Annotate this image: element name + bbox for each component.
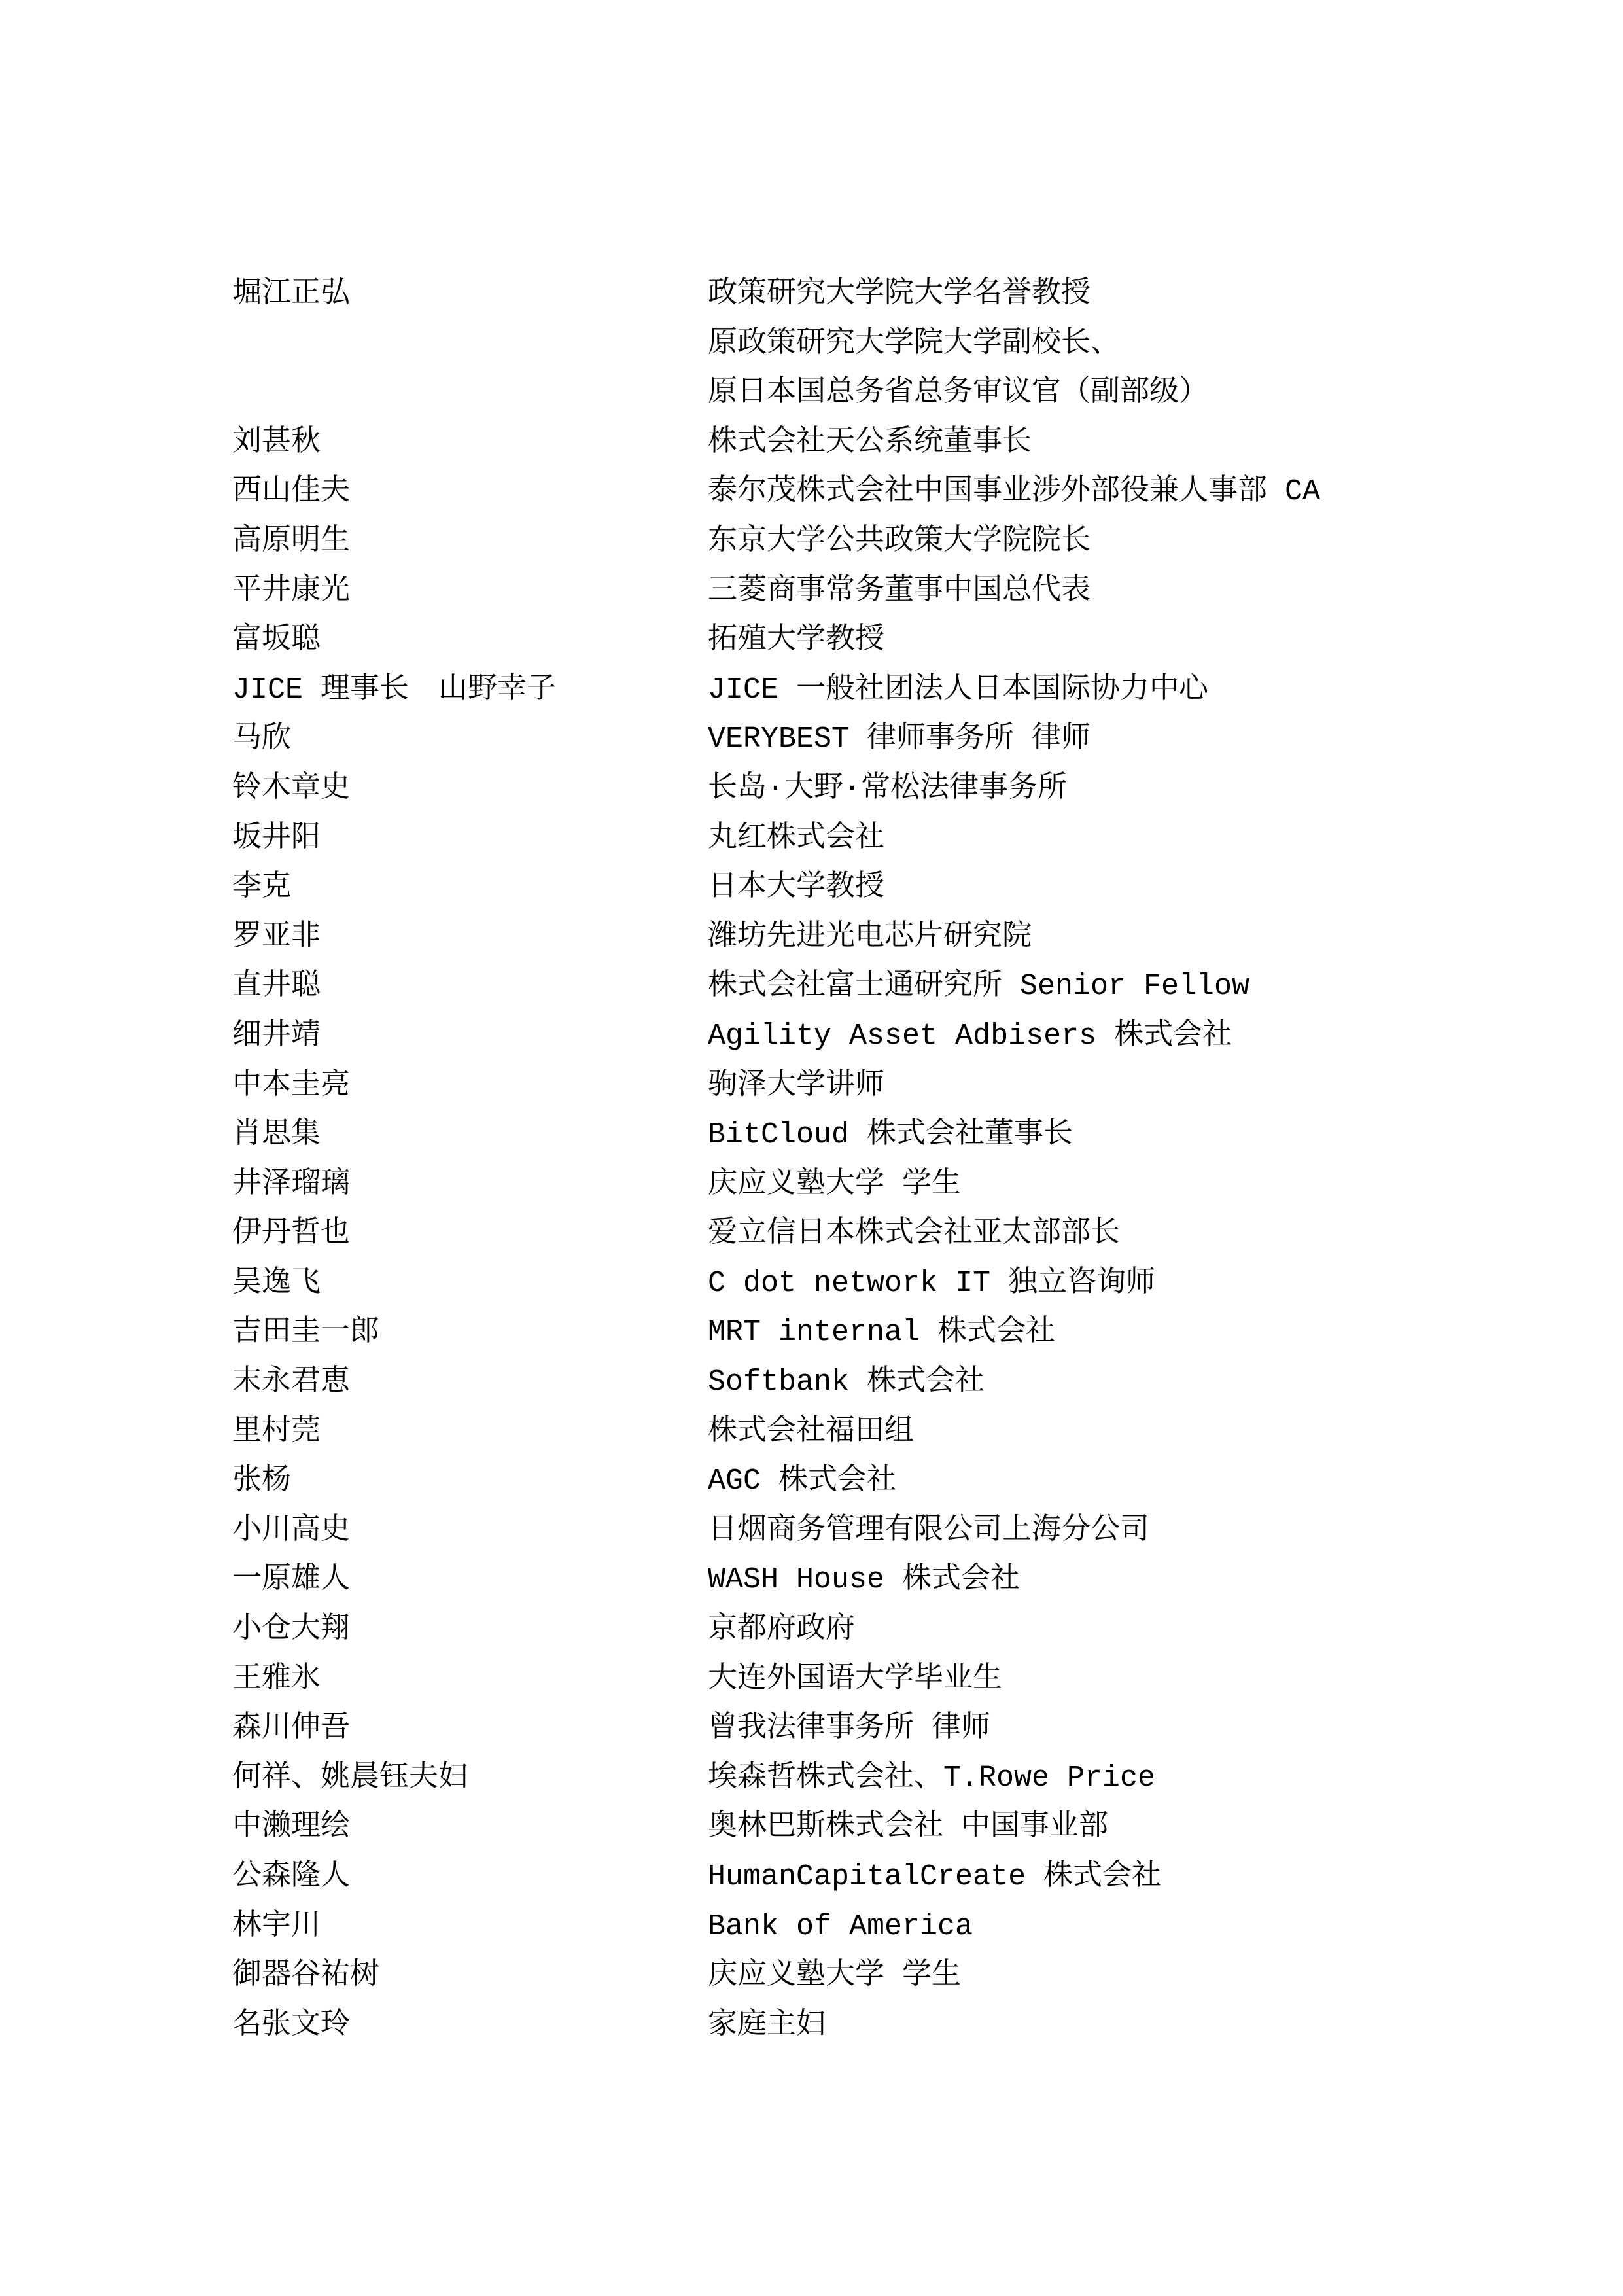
- affiliation-cell: Softbank 株式会社: [708, 1358, 1541, 1407]
- table-row: 刘甚秋株式会社天公系统董事长: [232, 418, 1541, 468]
- affiliation-line: 株式会社富士通研究所 Senior Fellow: [708, 962, 1541, 1012]
- affiliation-line: 日烟商务管理有限公司上海分公司: [708, 1506, 1541, 1556]
- affiliation-cell: MRT internal 株式会社: [708, 1308, 1541, 1358]
- table-row: 御器谷祐树庆应义塾大学 学生: [232, 1951, 1541, 2001]
- document-page: 堀江正弘政策研究大学院大学名誉教授原政策研究大学院大学副校长、原日本国总务省总务…: [0, 0, 1623, 2296]
- affiliation-line: 株式会社福田组: [708, 1407, 1541, 1457]
- affiliation-line: 京都府政府: [708, 1605, 1541, 1655]
- affiliation-line: AGC 株式会社: [708, 1457, 1541, 1506]
- affiliation-cell: 家庭主妇: [708, 2001, 1541, 2051]
- person-name: 刘甚秋: [232, 418, 708, 468]
- affiliation-line: 原政策研究大学院大学副校长、: [708, 319, 1541, 369]
- affiliation-line: 庆应义塾大学 学生: [708, 1951, 1541, 2001]
- person-name: 一原雄人: [232, 1555, 708, 1605]
- affiliation-cell: C dot network IT 独立咨询师: [708, 1259, 1541, 1309]
- table-row: 肖思集BitCloud 株式会社董事长: [232, 1110, 1541, 1160]
- affiliation-cell: 庆应义塾大学 学生: [708, 1160, 1541, 1210]
- table-row: 马欣VERYBEST 律师事务所 律师: [232, 715, 1541, 764]
- table-row: 细井靖Agility Asset Adbisers 株式会社: [232, 1012, 1541, 1061]
- table-row: 井泽瑠璃庆应义塾大学 学生: [232, 1160, 1541, 1210]
- affiliation-line: WASH House 株式会社: [708, 1555, 1541, 1605]
- person-name: 伊丹哲也: [232, 1209, 708, 1259]
- table-row: 吉田圭一郎MRT internal 株式会社: [232, 1308, 1541, 1358]
- affiliation-cell: 奥林巴斯株式会社 中国事业部: [708, 1803, 1541, 1852]
- affiliation-line: Agility Asset Adbisers 株式会社: [708, 1012, 1541, 1061]
- table-row: 吴逸飞C dot network IT 独立咨询师: [232, 1259, 1541, 1309]
- table-row: 里村莞株式会社福田组: [232, 1407, 1541, 1457]
- person-name: 小川高史: [232, 1506, 708, 1556]
- table-row: 李克日本大学教授: [232, 863, 1541, 913]
- table-row: 林宇川Bank of America: [232, 1902, 1541, 1952]
- affiliation-line: 曾我法律事务所 律师: [708, 1704, 1541, 1754]
- table-row: 王雅氷大连外国语大学毕业生: [232, 1655, 1541, 1704]
- affiliation-cell: JICE 一般社团法人日本国际协力中心: [708, 665, 1541, 715]
- affiliation-line: 家庭主妇: [708, 2001, 1541, 2051]
- participant-list: 堀江正弘政策研究大学院大学名誉教授原政策研究大学院大学副校长、原日本国总务省总务…: [232, 270, 1541, 2050]
- table-row: 公森隆人HumanCapitalCreate 株式会社: [232, 1852, 1541, 1902]
- person-name: 铃木章史: [232, 764, 708, 814]
- person-name: 张杨: [232, 1457, 708, 1506]
- person-name: 平井康光: [232, 567, 708, 616]
- person-name: 高原明生: [232, 517, 708, 567]
- affiliation-line: BitCloud 株式会社董事长: [708, 1110, 1541, 1160]
- affiliation-line: Bank of America: [708, 1902, 1541, 1952]
- table-row: 一原雄人WASH House 株式会社: [232, 1555, 1541, 1605]
- person-name: 堀江正弘: [232, 270, 708, 319]
- affiliation-cell: 长岛·大野·常松法律事务所: [708, 764, 1541, 814]
- affiliation-cell: Bank of America: [708, 1902, 1541, 1952]
- affiliation-line: 爱立信日本株式会社亚太部部长: [708, 1209, 1541, 1259]
- affiliation-cell: 驹泽大学讲师: [708, 1061, 1541, 1111]
- person-name: 御器谷祐树: [232, 1951, 708, 2001]
- table-row: 小川高史日烟商务管理有限公司上海分公司: [232, 1506, 1541, 1556]
- table-row: 罗亚非潍坊先进光电芯片研究院: [232, 913, 1541, 963]
- affiliation-line: 潍坊先进光电芯片研究院: [708, 913, 1541, 963]
- affiliation-line: 大连外国语大学毕业生: [708, 1655, 1541, 1704]
- person-name: 马欣: [232, 715, 708, 764]
- affiliation-cell: 潍坊先进光电芯片研究院: [708, 913, 1541, 963]
- person-name: 吴逸飞: [232, 1259, 708, 1309]
- table-row: 直井聪株式会社富士通研究所 Senior Fellow: [232, 962, 1541, 1012]
- affiliation-line: 长岛·大野·常松法律事务所: [708, 764, 1541, 814]
- affiliation-cell: 拓殖大学教授: [708, 616, 1541, 665]
- affiliation-line: Softbank 株式会社: [708, 1358, 1541, 1407]
- affiliation-line: 奥林巴斯株式会社 中国事业部: [708, 1803, 1541, 1852]
- affiliation-line: 埃森哲株式会社、T.Rowe Price: [708, 1754, 1541, 1803]
- person-name: JICE 理事长 山野幸子: [232, 665, 708, 715]
- affiliation-line: JICE 一般社团法人日本国际协力中心: [708, 665, 1541, 715]
- affiliation-cell: BitCloud 株式会社董事长: [708, 1110, 1541, 1160]
- table-row: 小仓大翔京都府政府: [232, 1605, 1541, 1655]
- person-name: 中本圭亮: [232, 1061, 708, 1111]
- affiliation-cell: 株式会社富士通研究所 Senior Fellow: [708, 962, 1541, 1012]
- person-name: 直井聪: [232, 962, 708, 1012]
- person-name: 细井靖: [232, 1012, 708, 1061]
- affiliation-cell: 大连外国语大学毕业生: [708, 1655, 1541, 1704]
- affiliation-cell: 政策研究大学院大学名誉教授原政策研究大学院大学副校长、原日本国总务省总务审议官（…: [708, 270, 1541, 418]
- person-name: 李克: [232, 863, 708, 913]
- affiliation-cell: 爱立信日本株式会社亚太部部长: [708, 1209, 1541, 1259]
- affiliation-cell: 东京大学公共政策大学院院长: [708, 517, 1541, 567]
- affiliation-cell: AGC 株式会社: [708, 1457, 1541, 1506]
- person-name: 森川伸吾: [232, 1704, 708, 1754]
- affiliation-cell: 泰尔茂株式会社中国事业涉外部役兼人事部 CA: [708, 467, 1541, 517]
- affiliation-cell: 庆应义塾大学 学生: [708, 1951, 1541, 2001]
- person-name: 坂井阳: [232, 814, 708, 864]
- affiliation-line: 驹泽大学讲师: [708, 1061, 1541, 1111]
- affiliation-cell: 曾我法律事务所 律师: [708, 1704, 1541, 1754]
- affiliation-cell: 株式会社福田组: [708, 1407, 1541, 1457]
- table-row: JICE 理事长 山野幸子JICE 一般社团法人日本国际协力中心: [232, 665, 1541, 715]
- person-name: 林宇川: [232, 1902, 708, 1952]
- affiliation-line: 庆应义塾大学 学生: [708, 1160, 1541, 1210]
- affiliation-cell: VERYBEST 律师事务所 律师: [708, 715, 1541, 764]
- affiliation-line: MRT internal 株式会社: [708, 1308, 1541, 1358]
- person-name: 肖思集: [232, 1110, 708, 1160]
- table-row: 森川伸吾曾我法律事务所 律师: [232, 1704, 1541, 1754]
- affiliation-cell: 三菱商事常务董事中国总代表: [708, 567, 1541, 616]
- affiliation-cell: HumanCapitalCreate 株式会社: [708, 1852, 1541, 1902]
- affiliation-cell: Agility Asset Adbisers 株式会社: [708, 1012, 1541, 1061]
- affiliation-line: 泰尔茂株式会社中国事业涉外部役兼人事部 CA: [708, 467, 1541, 517]
- person-name: 里村莞: [232, 1407, 708, 1457]
- table-row: 铃木章史长岛·大野·常松法律事务所: [232, 764, 1541, 814]
- person-name: 末永君恵: [232, 1358, 708, 1407]
- person-name: 吉田圭一郎: [232, 1308, 708, 1358]
- table-row: 名张文玲家庭主妇: [232, 2001, 1541, 2051]
- person-name: 公森隆人: [232, 1852, 708, 1902]
- person-name: 中濑理绘: [232, 1803, 708, 1852]
- affiliation-line: 丸红株式会社: [708, 814, 1541, 864]
- table-row: 张杨AGC 株式会社: [232, 1457, 1541, 1506]
- affiliation-cell: 日烟商务管理有限公司上海分公司: [708, 1506, 1541, 1556]
- affiliation-cell: 京都府政府: [708, 1605, 1541, 1655]
- table-row: 西山佳夫泰尔茂株式会社中国事业涉外部役兼人事部 CA: [232, 467, 1541, 517]
- table-row: 坂井阳丸红株式会社: [232, 814, 1541, 864]
- affiliation-cell: 丸红株式会社: [708, 814, 1541, 864]
- affiliation-line: 东京大学公共政策大学院院长: [708, 517, 1541, 567]
- affiliation-line: C dot network IT 独立咨询师: [708, 1259, 1541, 1309]
- affiliation-line: 原日本国总务省总务审议官（副部级）: [708, 368, 1541, 418]
- person-name: 王雅氷: [232, 1655, 708, 1704]
- affiliation-line: VERYBEST 律师事务所 律师: [708, 715, 1541, 764]
- table-row: 末永君恵Softbank 株式会社: [232, 1358, 1541, 1407]
- table-row: 中濑理绘奥林巴斯株式会社 中国事业部: [232, 1803, 1541, 1852]
- table-row: 平井康光三菱商事常务董事中国总代表: [232, 567, 1541, 616]
- table-row: 堀江正弘政策研究大学院大学名誉教授原政策研究大学院大学副校长、原日本国总务省总务…: [232, 270, 1541, 418]
- affiliation-cell: 日本大学教授: [708, 863, 1541, 913]
- person-name: 罗亚非: [232, 913, 708, 963]
- person-name: 名张文玲: [232, 2001, 708, 2051]
- affiliation-cell: WASH House 株式会社: [708, 1555, 1541, 1605]
- table-row: 何祥、姚晨钰夫妇埃森哲株式会社、T.Rowe Price: [232, 1754, 1541, 1803]
- affiliation-line: 日本大学教授: [708, 863, 1541, 913]
- person-name: 井泽瑠璃: [232, 1160, 708, 1210]
- table-row: 富坂聪拓殖大学教授: [232, 616, 1541, 665]
- person-name: 何祥、姚晨钰夫妇: [232, 1754, 708, 1803]
- table-row: 伊丹哲也爱立信日本株式会社亚太部部长: [232, 1209, 1541, 1259]
- affiliation-line: 政策研究大学院大学名誉教授: [708, 270, 1541, 319]
- affiliation-line: HumanCapitalCreate 株式会社: [708, 1852, 1541, 1902]
- person-name: 富坂聪: [232, 616, 708, 665]
- affiliation-line: 株式会社天公系统董事长: [708, 418, 1541, 468]
- affiliation-cell: 株式会社天公系统董事长: [708, 418, 1541, 468]
- person-name: 西山佳夫: [232, 467, 708, 517]
- table-row: 高原明生东京大学公共政策大学院院长: [232, 517, 1541, 567]
- affiliation-cell: 埃森哲株式会社、T.Rowe Price: [708, 1754, 1541, 1803]
- affiliation-line: 拓殖大学教授: [708, 616, 1541, 665]
- person-name: 小仓大翔: [232, 1605, 708, 1655]
- affiliation-line: 三菱商事常务董事中国总代表: [708, 567, 1541, 616]
- table-row: 中本圭亮驹泽大学讲师: [232, 1061, 1541, 1111]
